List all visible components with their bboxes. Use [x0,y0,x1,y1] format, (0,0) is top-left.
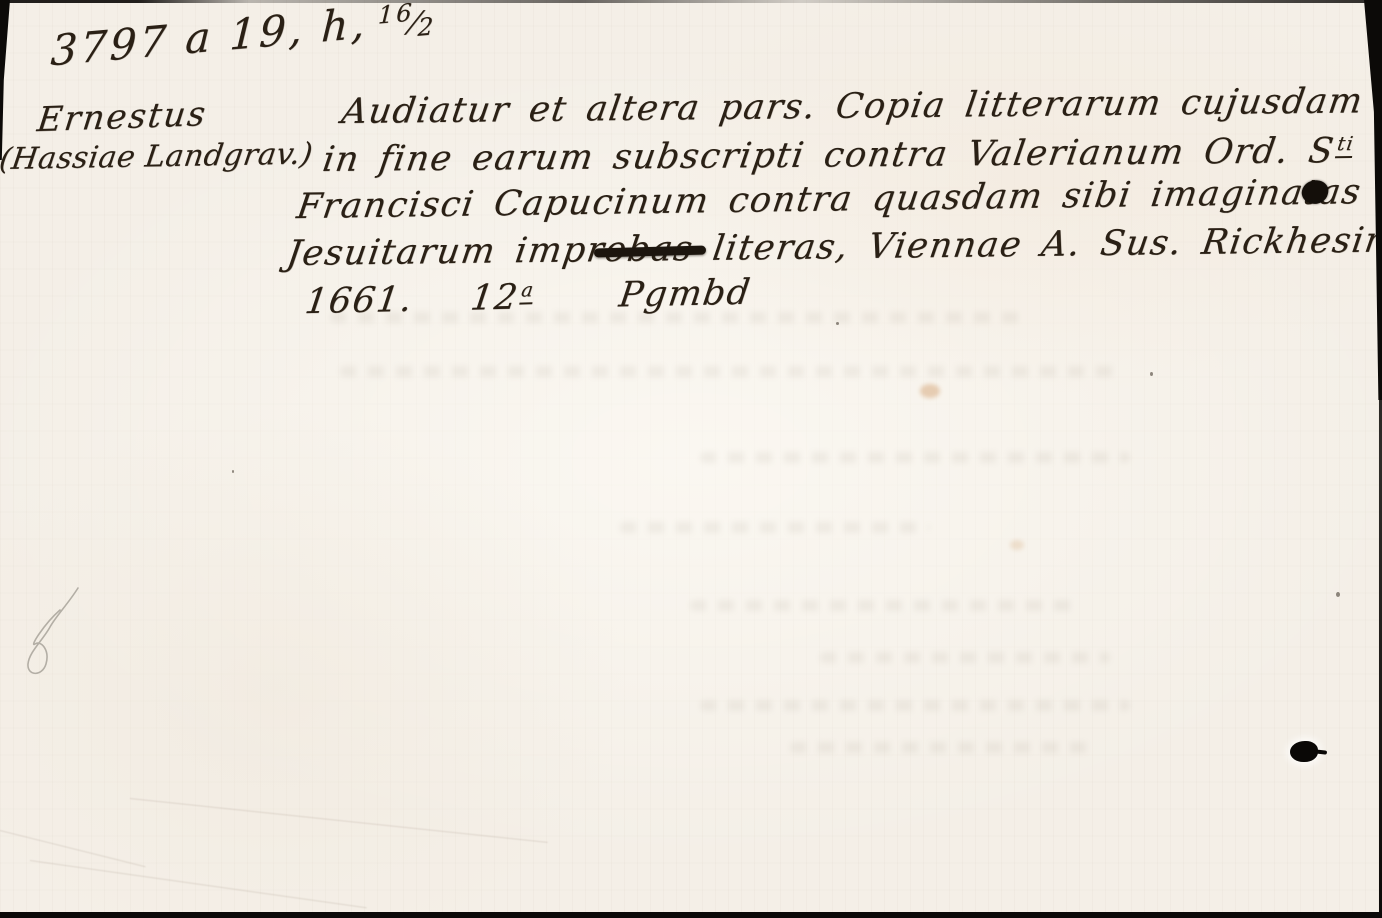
bleed-through-texture [700,452,1130,463]
entry-line-2: in fine earum subscripti contra Valerian… [320,131,1356,180]
entry-line-5: 1661.12aPgmbd [303,273,754,322]
entry-line-2-superscript: ti [1335,132,1356,158]
ink-spot-hole [1290,741,1318,762]
entry-line-1: Audiatur et altera pars. Copia litteraru… [339,81,1366,132]
entry-format-number: 12 [468,278,521,319]
paper-speck [232,470,234,473]
paper-crease [0,830,146,867]
scan-edge-bottom [0,912,1382,918]
foxing-spot [920,384,940,398]
entry-line-2-text: in fine earum subscripti contra Valerian… [320,131,1337,180]
pencil-squiggle-mark [16,584,86,679]
fraction-numerator: 16 [377,0,415,29]
fraction-denominator: 2 [417,12,437,42]
bleed-through-texture [790,742,1090,753]
bleed-through-texture [690,600,1080,611]
paper-speck [1150,372,1153,376]
bleed-through-texture [620,522,930,533]
entry-year: 1661. [303,280,416,322]
bleed-through-texture [820,652,1110,663]
paper-speck [1336,592,1340,597]
margin-author: Ernestus [35,94,209,140]
entry-binding-note: Pgmbd [617,273,754,316]
entry-format-superscript: a [519,279,536,305]
paper-speck [836,322,839,325]
spacing [411,310,469,311]
paper-crease [30,860,367,908]
shelfmark-number: 3797 a 19, h, [49,0,369,75]
bleed-through-texture [340,366,1120,377]
scan-edge-left [0,0,10,160]
spacing [532,307,618,309]
entry-line-4: Jesuitarum improbas literas, Viennae A. … [284,221,1382,275]
margin-title: (Hassiae Landgrav.) [0,137,315,178]
foxing-spot [1010,540,1024,550]
shelfmark: 3797 a 19, h,16⁄2 [49,0,438,75]
catalog-entry: Audiatur et altera pars. Copia litteraru… [288,92,1382,352]
shelfmark-fraction: 16⁄2 [376,0,437,45]
manuscript-page: 3797 a 19, h,16⁄2 Ernestus (Hassiae Land… [0,0,1382,918]
scan-edge-top [0,0,1382,3]
bleed-through-texture [700,700,1130,711]
paper-crease [130,798,548,843]
entry-line-3: Francisci Capucinum contra quasdam sibi … [294,172,1364,227]
